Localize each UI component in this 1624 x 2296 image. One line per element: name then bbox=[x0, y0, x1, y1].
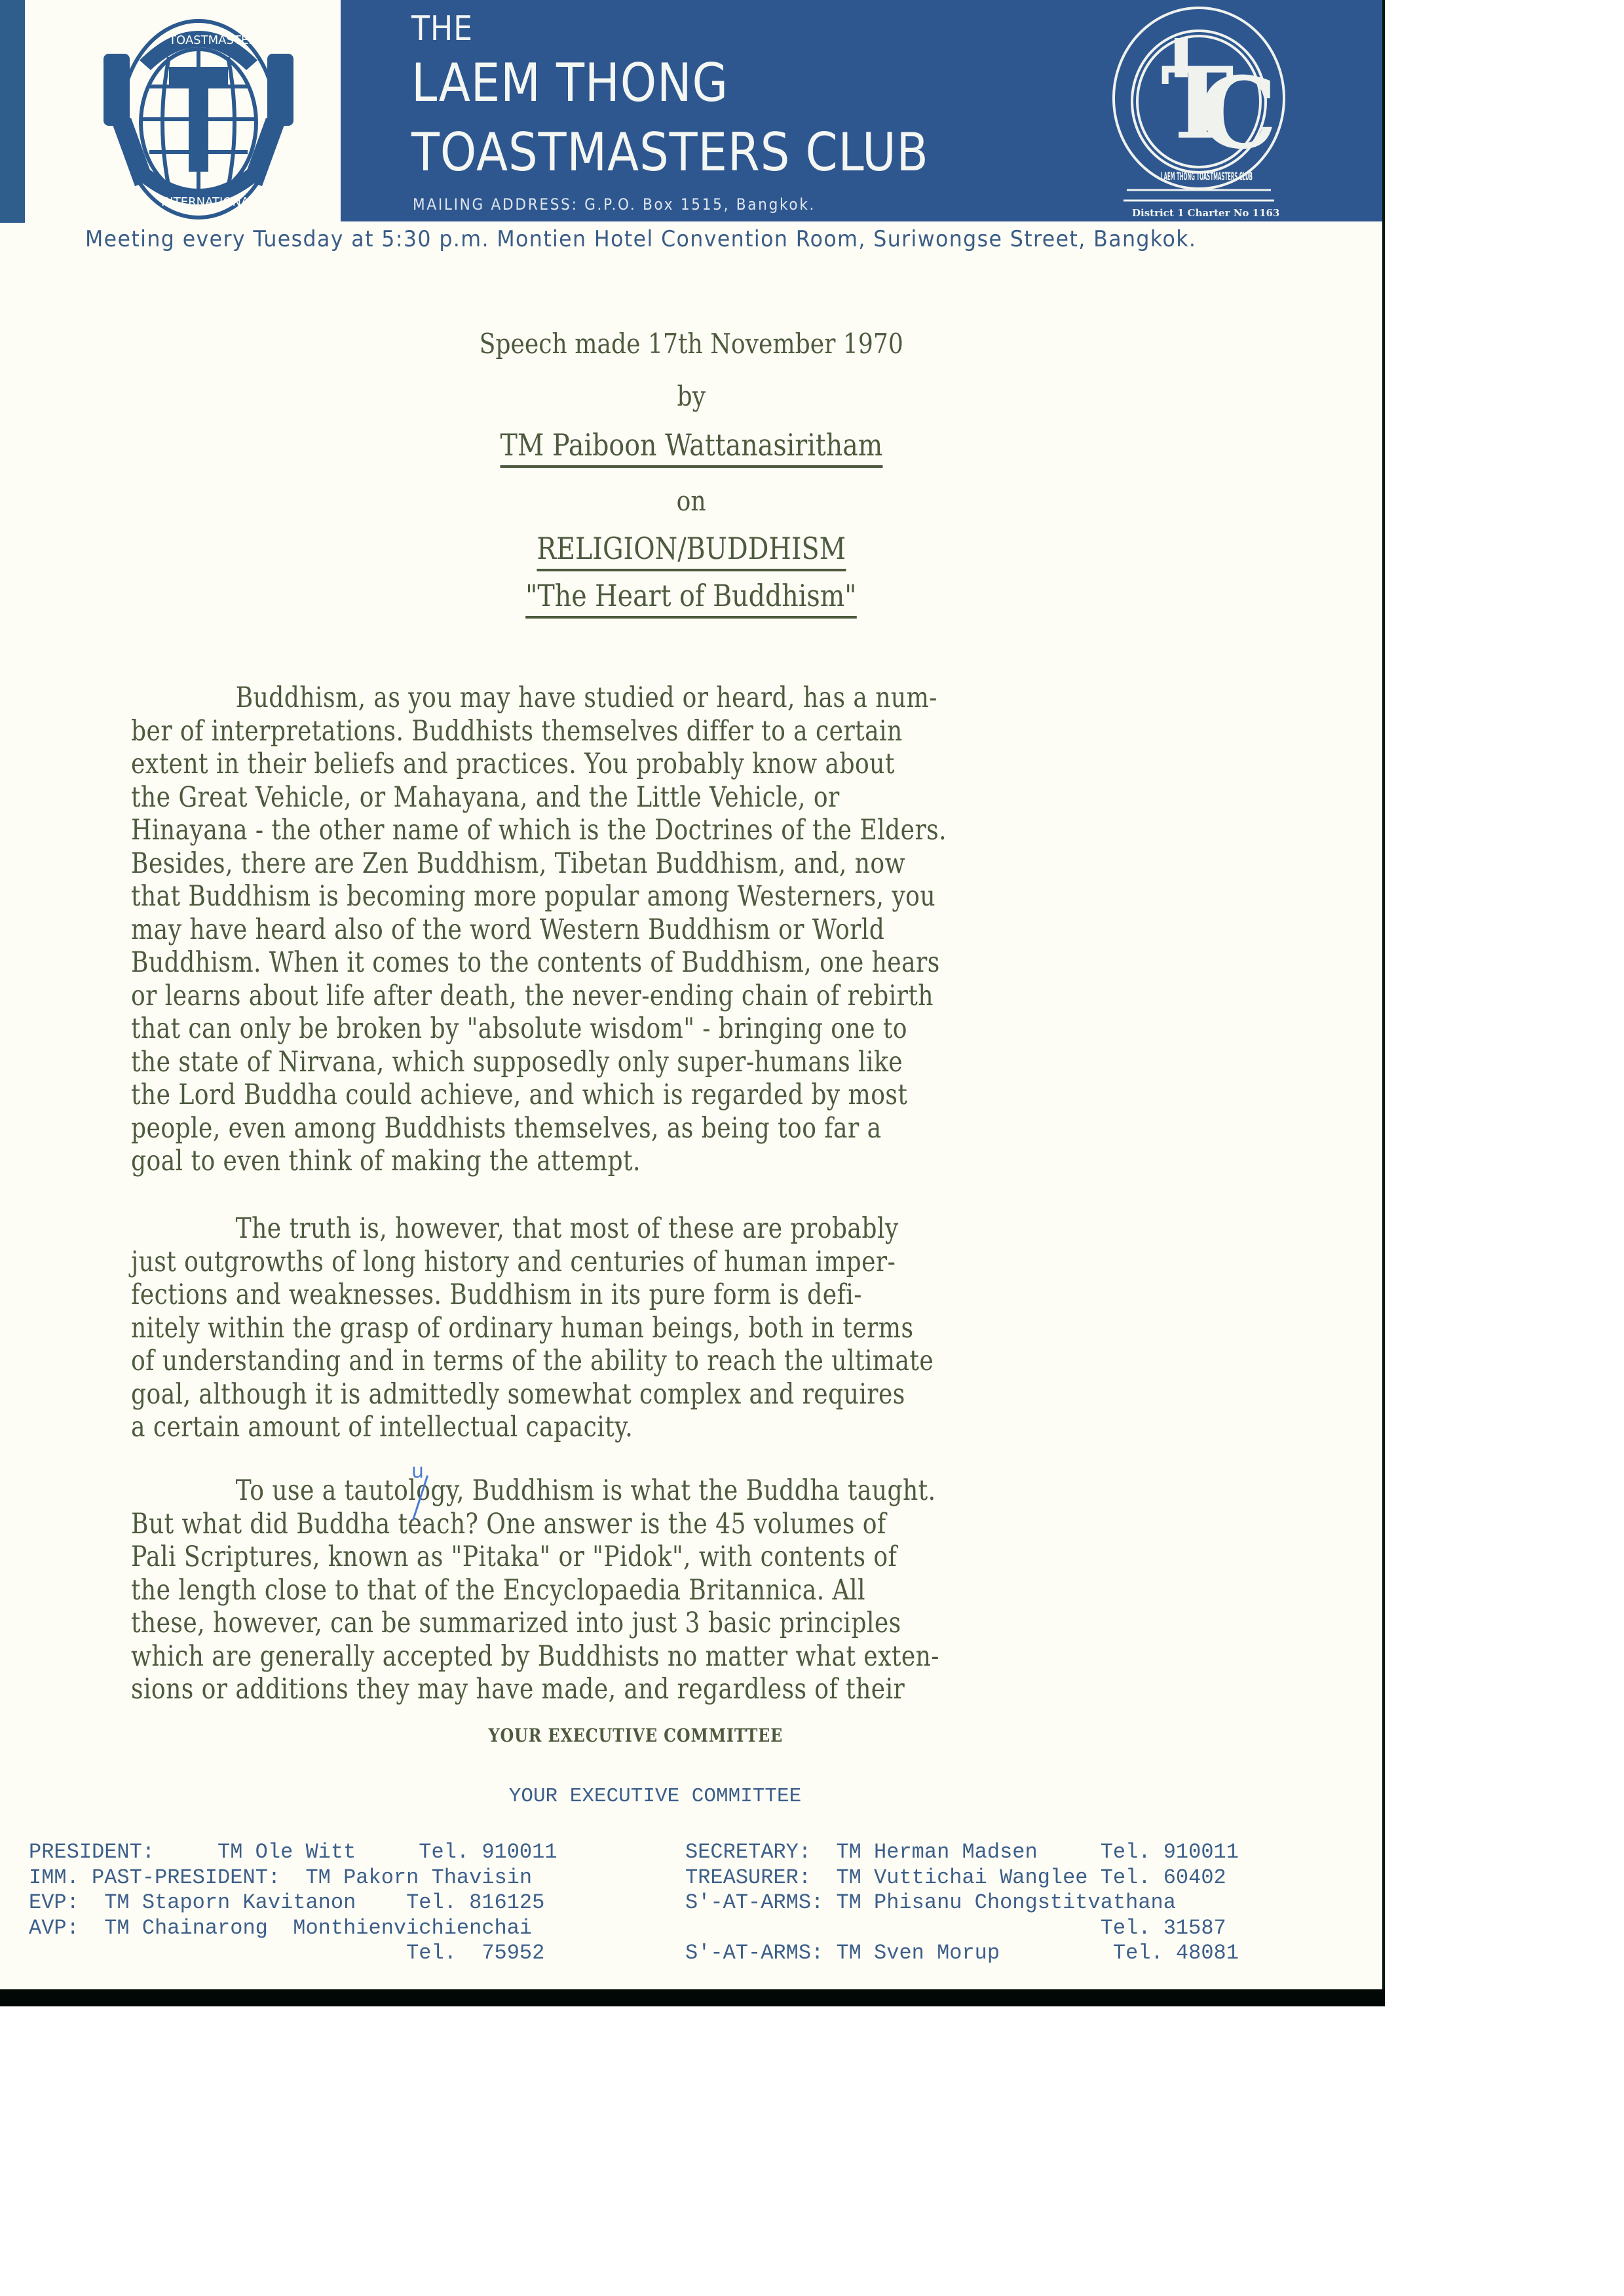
committee-row: PRESIDENT: TM Ole Witt Tel. 910011 bbox=[29, 1840, 557, 1865]
scan-bottom-edge bbox=[0, 1989, 1385, 2006]
committee-row: EVP: TM Staporn Kavitanon Tel. 816125 bbox=[29, 1890, 557, 1916]
meeting-info: Meeting every Tuesday at 5:30 p.m. Monti… bbox=[85, 226, 1196, 252]
club-title-toastmasters-club: TOASTMASTERS CLUB bbox=[411, 122, 929, 183]
typed-committee-footer: YOUR EXECUTIVE COMMITTEE bbox=[0, 1725, 1271, 1746]
paragraph-line: the Lord Buddha could achieve, and which… bbox=[131, 1079, 1089, 1112]
club-title-the: THE bbox=[411, 9, 473, 48]
paragraph-3: To use a tautology, Buddhism is what the… bbox=[131, 1474, 1271, 1706]
paragraph-line: nitely within the grasp of ordinary huma… bbox=[131, 1312, 1089, 1345]
club-title-laem-thong: LAEM THONG bbox=[411, 52, 728, 113]
paragraph-line: ber of interpretations. Buddhists themse… bbox=[131, 715, 1089, 748]
paragraph-line: or learns about life after death, the ne… bbox=[131, 980, 1089, 1013]
committee-row: SECRETARY: TM Herman Madsen Tel. 910011 bbox=[685, 1840, 1239, 1865]
speech-topic: RELIGION/BUDDHISM bbox=[0, 531, 1382, 571]
paragraph-line: a certain amount of intellectual capacit… bbox=[131, 1411, 1089, 1444]
mailing-address: MAILING ADDRESS: G.P.O. Box 1515, Bangko… bbox=[413, 195, 816, 214]
laem-thong-club-seal-icon: T C LAEM THONG TOASTMASTERS CLUB Distric… bbox=[1101, 7, 1297, 220]
paragraph-line: Hinayana - the other name of which is th… bbox=[131, 814, 1089, 847]
speech-by: by bbox=[0, 380, 1382, 412]
paragraph-line: The truth is, however, that most of thes… bbox=[131, 1212, 1089, 1246]
paragraph-line: extent in their beliefs and practices. Y… bbox=[131, 748, 1089, 781]
paragraph-line: Besides, there are Zen Buddhism, Tibetan… bbox=[131, 847, 1089, 881]
paragraph-line: But what did Buddha teach? One answer is… bbox=[131, 1508, 1089, 1541]
speech-author: TM Paiboon Wattanasiritham bbox=[0, 427, 1382, 468]
committee-row: S'-AT-ARMS: TM Sven Morup Tel. 48081 bbox=[685, 1941, 1239, 1966]
committee-row: Tel. 31587 bbox=[685, 1916, 1239, 1942]
emblem-top-text: TOASTMASTERS bbox=[168, 33, 264, 47]
committee-row: Tel. 75952 bbox=[29, 1941, 557, 1966]
paragraph-line: the state of Nirvana, which supposedly o… bbox=[131, 1046, 1089, 1079]
paragraph-line: that Buddhism is becoming more popular a… bbox=[131, 880, 1089, 913]
paragraph-line: which are generally accepted by Buddhist… bbox=[131, 1640, 1089, 1674]
paragraph-2: The truth is, however, that most of thes… bbox=[131, 1212, 1271, 1444]
speech-on: on bbox=[0, 485, 1382, 517]
emblem-bottom-text: INTERNATIONAL bbox=[161, 195, 255, 209]
seal-charter-text: District 1 Charter No 1163 bbox=[1132, 207, 1279, 219]
paragraph-line: goal, although it is admittedly somewhat… bbox=[131, 1378, 1089, 1411]
paragraph-line: people, even among Buddhists themselves,… bbox=[131, 1112, 1089, 1145]
seal-monogram-c: C bbox=[1199, 56, 1277, 171]
paragraph-line: sions or additions they may have made, a… bbox=[131, 1673, 1089, 1706]
paragraph-line: the length close to that of the Encyclop… bbox=[131, 1574, 1089, 1607]
executive-committee-heading: YOUR EXECUTIVE COMMITTEE bbox=[0, 1785, 1310, 1808]
paragraph-line: may have heard also of the word Western … bbox=[131, 913, 1089, 947]
committee-left-column: PRESIDENT: TM Ole Witt Tel. 910011IMM. P… bbox=[29, 1840, 557, 1966]
paragraph-line: To use a tautology, Buddhism is what the… bbox=[131, 1474, 1089, 1508]
paragraph-line: the Great Vehicle, or Mahayana, and the … bbox=[131, 781, 1089, 814]
committee-row: S'-AT-ARMS: TM Phisanu Chongstitvathana bbox=[685, 1890, 1239, 1916]
committee-right-column: SECRETARY: TM Herman Madsen Tel. 910011T… bbox=[685, 1840, 1239, 1966]
paragraph-line: goal to even think of making the attempt… bbox=[131, 1145, 1089, 1178]
committee-row: AVP: TM Chainarong Monthienvichienchai bbox=[29, 1916, 557, 1942]
speech-subtitle: "The Heart of Buddhism" bbox=[0, 578, 1382, 619]
paragraph-line: fections and weaknesses. Buddhism in its… bbox=[131, 1278, 1089, 1312]
speech-date: Speech made 17th November 1970 bbox=[0, 328, 1382, 360]
header-left-strip bbox=[0, 0, 25, 223]
paragraph-line: just outgrowths of long history and cent… bbox=[131, 1246, 1089, 1279]
seal-ribbon-text: LAEM THONG TOASTMASTERS CLUB bbox=[1161, 170, 1253, 183]
letter-page: TOASTMASTERS INTERNATIONAL THE LAEM THON… bbox=[0, 0, 1385, 1992]
paragraph-1: Buddhism, as you may have studied or hea… bbox=[131, 681, 1271, 1178]
paragraph-line: of understanding and in terms of the abi… bbox=[131, 1345, 1089, 1378]
paragraph-line: Pali Scriptures, known as "Pitaka" or "P… bbox=[131, 1540, 1089, 1574]
paragraph-line: these, however, can be summarized into j… bbox=[131, 1607, 1089, 1640]
handwritten-correction: u bbox=[411, 1460, 424, 1483]
paragraph-line: that can only be broken by "absolute wis… bbox=[131, 1012, 1089, 1046]
committee-row: IMM. PAST-PRESIDENT: TM Pakorn Thavisin bbox=[29, 1865, 557, 1891]
committee-row: TREASURER: TM Vuttichai Wanglee Tel. 604… bbox=[685, 1865, 1239, 1891]
paragraph-line: Buddhism. When it comes to the contents … bbox=[131, 946, 1089, 980]
toastmasters-international-emblem-icon: TOASTMASTERS INTERNATIONAL bbox=[77, 14, 320, 224]
paragraph-line: Buddhism, as you may have studied or hea… bbox=[131, 681, 1089, 715]
